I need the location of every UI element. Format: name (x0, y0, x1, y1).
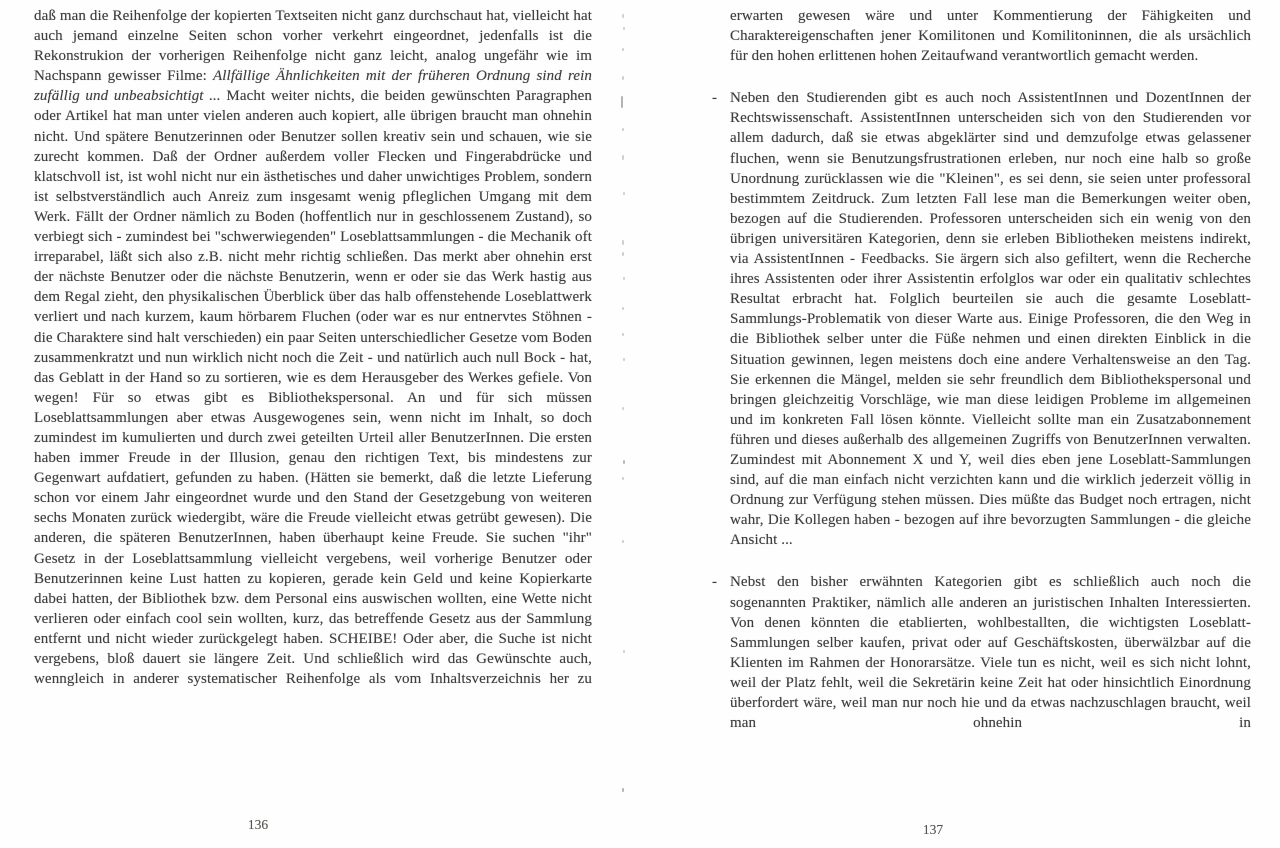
scan-artifact (623, 192, 625, 195)
scan-artifact (621, 96, 623, 108)
paragraph-rest-text: Macht weiter nichts, die beiden gewünsch… (34, 88, 592, 687)
paragraph-text: Neben den Studierenden gibt es auch noch… (730, 90, 1251, 548)
paragraph-text: erwarten gewesen wäre und unter Kommenti… (730, 8, 1251, 64)
scan-artifact (622, 48, 624, 51)
scan-artifact (622, 407, 624, 410)
scan-artifact (622, 14, 624, 18)
scan-artifact (622, 333, 624, 336)
paragraph-text: Nebst den bisher erwähnten Kategorien gi… (730, 574, 1251, 731)
scan-artifact (622, 240, 624, 245)
scan-artifact (622, 477, 624, 480)
page-number-right: 137 (903, 822, 963, 838)
scan-artifact (622, 76, 624, 80)
scan-artifact (622, 128, 624, 131)
paragraph-assistenten: - Neben den Studierenden gibt es auch no… (730, 88, 1251, 550)
dash-bullet: - (712, 88, 728, 108)
scan-artifact (622, 307, 624, 310)
paragraph-praktiker: - Nebst den bisher erwähnten Kategorien … (730, 572, 1251, 733)
left-page-paragraph: daß man die Reihenfolge der kopierten Te… (34, 6, 592, 689)
scan-artifact (623, 27, 625, 30)
scan-artifact (622, 155, 624, 160)
scan-artifact (623, 277, 625, 280)
scan-artifact (623, 358, 625, 361)
scan-artifact (623, 460, 625, 464)
right-page-text-block: erwarten gewesen wäre und unter Kommenti… (730, 6, 1251, 733)
dash-bullet: - (712, 572, 728, 592)
scan-artifact (622, 540, 624, 543)
book-scan-spread: { "document": { "left_page": { "page_num… (0, 0, 1280, 848)
scan-artifact (622, 788, 624, 792)
page-number-left: 136 (228, 817, 288, 833)
left-page-text-block: daß man die Reihenfolge der kopierten Te… (34, 6, 592, 689)
scan-artifact (622, 252, 624, 256)
paragraph-continuation: erwarten gewesen wäre und unter Kommenti… (730, 6, 1251, 66)
scan-artifact (623, 650, 625, 653)
